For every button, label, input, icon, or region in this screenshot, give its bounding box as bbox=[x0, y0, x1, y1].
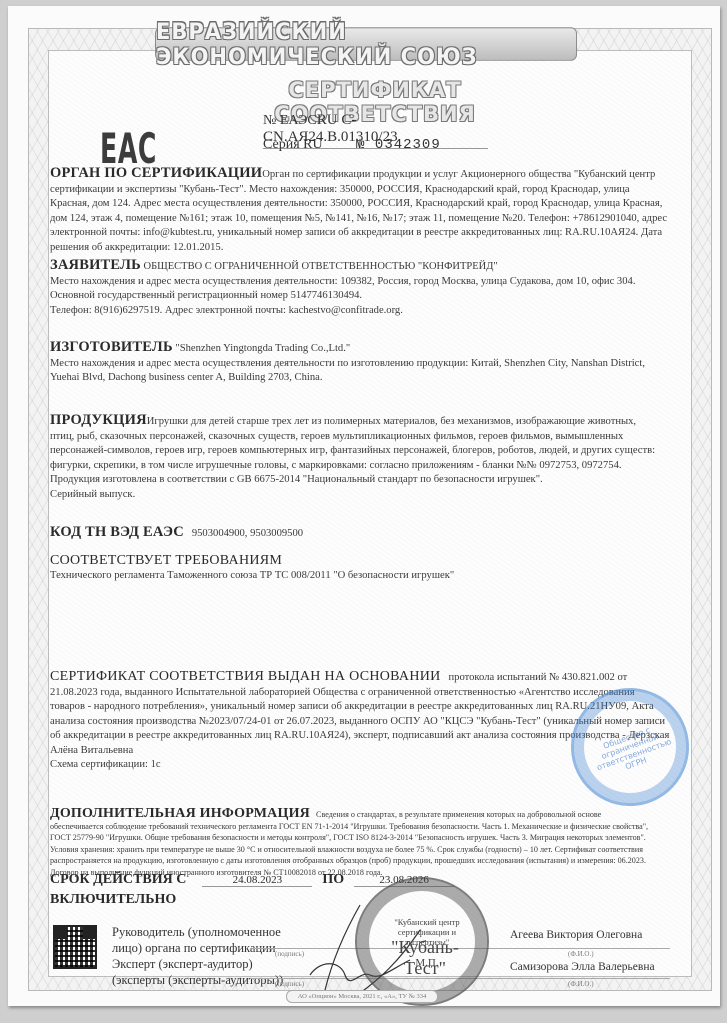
section-product: ПРОДУКЦИЯИгрушки для детей старше трех л… bbox=[50, 413, 670, 502]
validity-inclusive: ВКЛЮЧИТЕЛЬНО bbox=[50, 892, 176, 908]
section-applicant: ЗАЯВИТЕЛЬ ОБЩЕСТВО С ОГРАНИЧЕННОЙ ОТВЕТС… bbox=[50, 258, 670, 318]
expert-name: Самизорова Элла Валерьевна bbox=[510, 961, 655, 973]
section-additional-info: ДОПОЛНИТЕЛЬНАЯ ИНФОРМАЦИЯ Сведения о ста… bbox=[50, 808, 670, 878]
valid-from-date: 24.08.2023 bbox=[202, 874, 312, 887]
union-banner: ЕВРАЗИЙСКИЙ ЭКОНОМИЧЕСКИЙ СОЮЗ bbox=[155, 27, 577, 61]
expert-label: Эксперт (эксперт-аудитор) (эксперты (экс… bbox=[112, 956, 283, 988]
series-line: Серия RU № 0342309 bbox=[263, 137, 441, 153]
printer-imprint: АО «Опцион» Москва, 2021 г., «А», ТУ № 3… bbox=[286, 990, 438, 1003]
kuban-test-stamp: "Кубанский центрсертификации и экспертиз… bbox=[355, 877, 489, 1006]
head-label: Руководитель (уполномоченное лицо) орган… bbox=[112, 924, 281, 956]
section-manufacturer: ИЗГОТОВИТЕЛЬ "Shenzhen Yingtongda Tradin… bbox=[50, 340, 670, 386]
section-organ: ОРГАН ПО СЕРТИФИКАЦИИОрган по сертификац… bbox=[50, 166, 670, 255]
section-conformity: СООТВЕТСТВУЕТ ТРЕБОВАНИЯМ Технического р… bbox=[50, 554, 670, 583]
section-hs-code: КОД ТН ВЭД ЕАЭС 9503004900, 9503009500 bbox=[50, 525, 670, 542]
blank-number: № 0342309 bbox=[356, 137, 441, 153]
head-name: Агеева Виктория Олеговна bbox=[510, 929, 642, 941]
qr-code-icon[interactable] bbox=[53, 925, 97, 969]
